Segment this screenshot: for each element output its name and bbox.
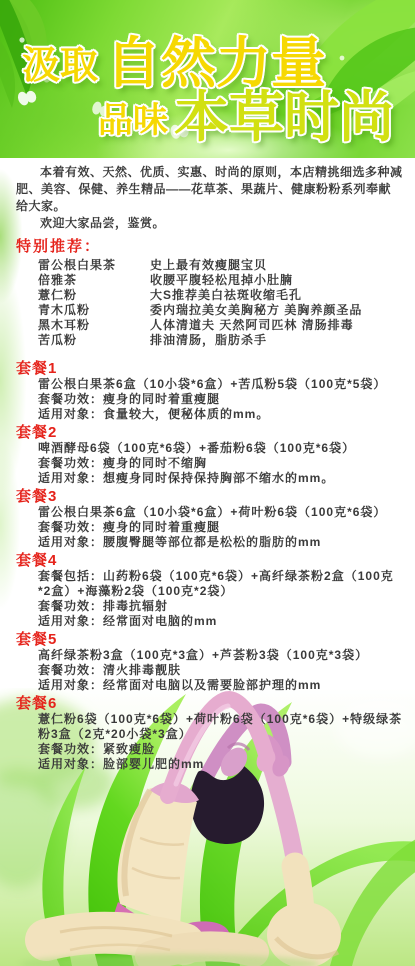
product-name: 青木瓜粉 xyxy=(38,303,150,318)
package-heading: 套餐5 xyxy=(16,631,403,648)
title-main-2: 本草时尚 xyxy=(174,90,394,145)
herbal-tea-poster: 汲取 自然力量 品味 本草时尚 xyxy=(0,0,415,966)
package-contents: 雷公根白果茶6盒（10小袋*6盒）+苦瓜粉5袋（100克*5袋） xyxy=(38,377,403,392)
title-main-1: 自然力量 xyxy=(106,36,326,91)
package-effect: 套餐功效：瘦身的同时着重瘦腿 xyxy=(38,392,403,407)
product-name: 雷公根白果茶 xyxy=(38,258,150,273)
package-effect: 套餐功效：瘦身的同时着重瘦腿 xyxy=(38,520,403,535)
product-name: 黑木耳粉 xyxy=(38,318,150,333)
recommend-item: 薏仁粉 大S推荐美白祛斑收缩毛孔 xyxy=(38,288,403,303)
package-heading: 套餐6 xyxy=(16,695,403,712)
package-target: 适用对象：脸部婴儿肥的mm xyxy=(38,757,403,772)
product-desc: 委内瑞拉美女美胸秘方 美胸养颜圣品 xyxy=(150,303,403,318)
intro-paragraph: 本着有效、天然、优质、实惠、时尚的原则，本店精挑细选多种减肥、美容、保健、养生精… xyxy=(16,164,403,215)
package-effect: 套餐功效：瘦身的同时不缩胸 xyxy=(38,456,403,471)
package-contents: 啤酒酵母6袋（100克*6袋）+番茄粉6袋（100克*6袋） xyxy=(38,441,403,456)
product-desc: 史上最有效瘦腿宝贝 xyxy=(150,258,403,273)
water-droplet-icon xyxy=(340,56,345,61)
intro-block: 本着有效、天然、优质、实惠、时尚的原则，本店精挑细选多种减肥、美容、保健、养生精… xyxy=(16,164,403,232)
package-heading: 套餐3 xyxy=(16,488,403,505)
product-desc: 收腰平腹轻松甩掉小肚腩 xyxy=(150,273,403,288)
package-section-6: 套餐6 薏仁粉6袋（100克*6袋）+荷叶粉6袋（100克*6袋）+特级绿茶粉3… xyxy=(16,695,403,772)
package-effect: 套餐功效：紧致瘦脸 xyxy=(38,742,403,757)
package-effect: 套餐功效：排毒抗辐射 xyxy=(38,599,403,614)
recommend-list: 雷公根白果茶 史上最有效瘦腿宝贝 倍雅茶 收腰平腹轻松甩掉小肚腩 薏仁粉 大S推… xyxy=(38,258,403,348)
product-desc: 排油清肠，脂肪杀手 xyxy=(150,333,403,348)
recommend-item: 苦瓜粉 排油清肠，脂肪杀手 xyxy=(38,333,403,348)
header-banner: 汲取 自然力量 品味 本草时尚 xyxy=(0,0,415,158)
package-target: 适用对象：食量较大，便秘体质的mm。 xyxy=(38,407,403,422)
package-heading: 套餐2 xyxy=(16,424,403,441)
recommend-item: 倍雅茶 收腰平腹轻松甩掉小肚腩 xyxy=(38,273,403,288)
package-contents: 雷公根白果茶6盒（10小袋*6盒）+荷叶粉6袋（100克*6袋） xyxy=(38,505,403,520)
package-section-2: 套餐2 啤酒酵母6袋（100克*6袋）+番茄粉6袋（100克*6袋） 套餐功效：… xyxy=(16,424,403,486)
package-section-1: 套餐1 雷公根白果茶6盒（10小袋*6盒）+苦瓜粉5袋（100克*5袋） 套餐功… xyxy=(16,360,403,422)
package-section-3: 套餐3 雷公根白果茶6盒（10小袋*6盒）+荷叶粉6袋（100克*6袋） 套餐功… xyxy=(16,488,403,550)
package-contents: 套餐包括：山药粉6袋（100克*6袋）+高纤绿茶粉2盒（100克*2盒）+海藻粉… xyxy=(38,569,403,599)
title-prefix-1: 汲取 xyxy=(22,47,98,85)
package-contents: 薏仁粉6袋（100克*6袋）+荷叶粉6袋（100克*6袋）+特级绿茶粉3盒（2克… xyxy=(38,712,403,742)
spacer xyxy=(16,348,403,358)
title-prefix-2: 品味 xyxy=(98,103,168,138)
package-target: 适用对象：经常面对电脑的mm xyxy=(38,614,403,629)
recommend-item: 青木瓜粉 委内瑞拉美女美胸秘方 美胸养颜圣品 xyxy=(38,303,403,318)
package-contents: 高纤绿茶粉3盒（100克*3盒）+芦荟粉3袋（100克*3袋） xyxy=(38,648,403,663)
product-name: 倍雅茶 xyxy=(38,273,150,288)
product-name: 苦瓜粉 xyxy=(38,333,150,348)
package-target: 适用对象：经常面对电脑以及需要脸部护理的mm xyxy=(38,678,403,693)
intro-welcome-line: 欢迎大家品尝，鉴赏。 xyxy=(16,215,403,232)
package-heading: 套餐4 xyxy=(16,552,403,569)
recommend-item: 黑木耳粉 人体清道夫 天然阿司匹林 清肠排毒 xyxy=(38,318,403,333)
product-desc: 人体清道夫 天然阿司匹林 清肠排毒 xyxy=(150,318,403,333)
title-line-1: 汲取 自然力量 xyxy=(22,36,326,91)
recommend-item: 雷公根白果茶 史上最有效瘦腿宝贝 xyxy=(38,258,403,273)
package-effect: 套餐功效：清火排毒靓肤 xyxy=(38,663,403,678)
content-area: 本着有效、天然、优质、实惠、时尚的原则，本店精挑细选多种减肥、美容、保健、养生精… xyxy=(0,158,415,772)
product-name: 薏仁粉 xyxy=(38,288,150,303)
package-section-5: 套餐5 高纤绿茶粉3盒（100克*3盒）+芦荟粉3袋（100克*3袋） 套餐功效… xyxy=(16,631,403,693)
package-section-4: 套餐4 套餐包括：山药粉6袋（100克*6袋）+高纤绿茶粉2盒（100克*2盒）… xyxy=(16,552,403,629)
package-target: 适用对象：想瘦身同时保持保持胸部不缩水的mm。 xyxy=(38,471,403,486)
package-heading: 套餐1 xyxy=(16,360,403,377)
package-target: 适用对象：腰腹臀腿等部位都是松松的脂肪的mm xyxy=(38,535,403,550)
recommend-heading: 特别推荐： xyxy=(16,238,403,256)
product-desc: 大S推荐美白祛斑收缩毛孔 xyxy=(150,288,403,303)
title-line-2: 品味 本草时尚 xyxy=(98,90,394,145)
